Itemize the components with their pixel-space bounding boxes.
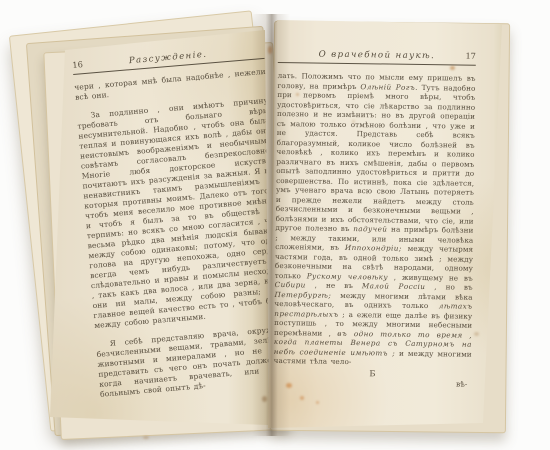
italic-text: падучей — [353, 224, 387, 233]
italic-text: Малой Россіи — [362, 281, 426, 291]
italic-text: Иппохондріи; — [345, 243, 402, 253]
paragraph: лать. Положимъ что по мысли ему пришелъ … — [274, 71, 476, 368]
text-run: Тутъ надобно при первомъ пріемѣ много вѣ… — [275, 82, 475, 233]
italic-text: Рускому человѣку — [307, 271, 388, 281]
italic-text: Сибири — [275, 280, 306, 289]
right-catchword: вѣ- — [273, 376, 471, 389]
paragraph: За подлинно , они имѣютъ причину требова… — [76, 96, 286, 331]
foxing-spot — [143, 436, 149, 439]
right-page-number: 17 — [454, 50, 476, 60]
italic-text: Петербургѣ; — [275, 289, 332, 299]
text-run: , живущему не въ — [388, 272, 473, 282]
right-running-header: О врачебной наукѣ. 17 — [278, 48, 476, 66]
text-run: , но въ — [425, 282, 472, 292]
left-page-number: 16 — [72, 58, 95, 70]
right-page: О врачебной наукѣ. 17 лать. Положимъ что… — [263, 16, 508, 434]
text-run: , не въ — [306, 280, 362, 290]
left-page-body: чери , которая мнѣ была надобнѣе , нежел… — [74, 67, 292, 400]
right-page-text: О врачебной наукѣ. 17 лать. Положимъ что… — [273, 48, 476, 389]
italic-text: Олѣній Рогъ. — [360, 82, 418, 92]
header-spacer — [242, 52, 264, 54]
right-header-title: О врачебной наукѣ. — [300, 49, 454, 61]
left-page-text: 16 Разсужденіе. чери , которая мнѣ была … — [72, 44, 293, 410]
left-header-title: Разсужденіе. — [94, 47, 242, 69]
book-photo: 16 Разсужденіе. чери , которая мнѣ была … — [0, 0, 550, 450]
left-page: 16 Разсужденіе. чери , которая мнѣ была … — [50, 28, 272, 430]
text-run: За подлинно , они имѣютъ причину требова… — [77, 96, 285, 330]
right-page-body: лать. Положимъ что по мысли ему пришелъ … — [274, 71, 476, 368]
